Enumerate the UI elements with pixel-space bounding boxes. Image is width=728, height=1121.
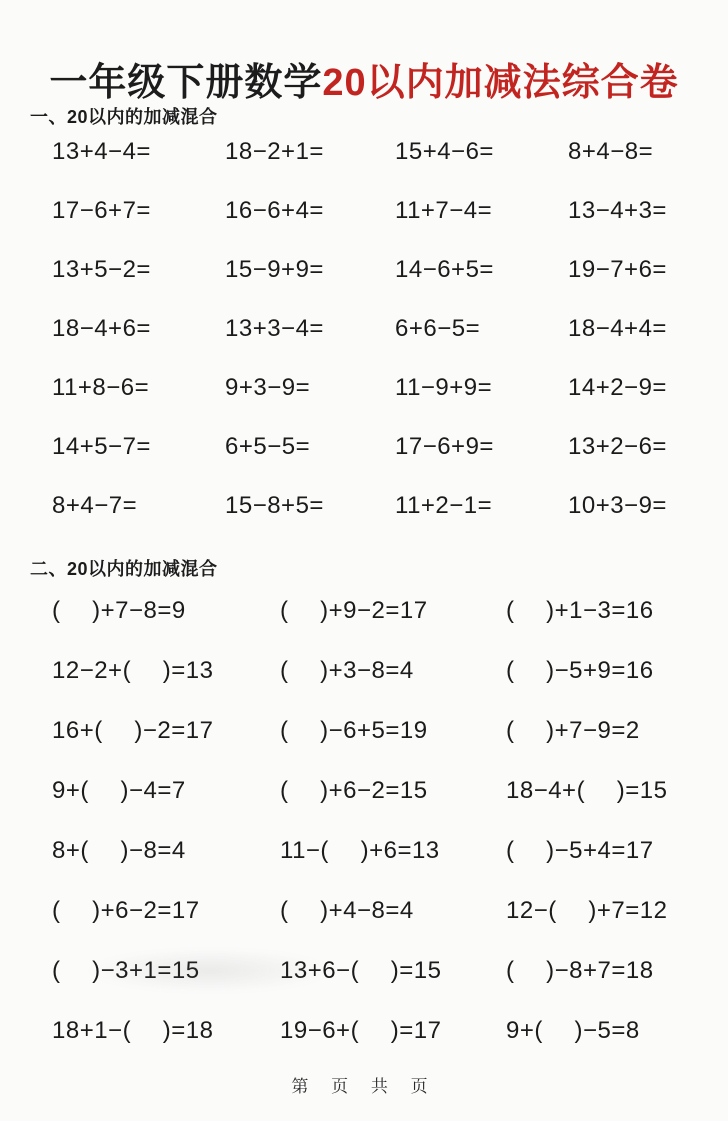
math-problem: ( )−6+5=19 (280, 710, 506, 770)
math-problem: 17−6+9= (395, 433, 568, 492)
section-2: 二、20以内的加减混合( )+7−8=9( )+9−2=17( )+1−3=16… (0, 555, 728, 1070)
math-problem: ( )−3+1=15 (52, 950, 280, 1010)
math-problem: 11+8−6= (52, 374, 225, 433)
math-problem: 8+4−7= (52, 492, 225, 551)
worksheet-page: 一年级下册数学20以内加减法综合卷 一、20以内的加减混合13+4−4=18−2… (0, 0, 728, 1121)
math-problem: 16−6+4= (225, 197, 395, 256)
math-problem: ( )+4−8=4 (280, 890, 506, 950)
math-problem: 10+3−9= (568, 492, 728, 551)
math-problem: ( )+6−2=15 (280, 770, 506, 830)
math-problem: 13+3−4= (225, 315, 395, 374)
math-problem: 11−9+9= (395, 374, 568, 433)
math-problem: ( )+9−2=17 (280, 590, 506, 650)
section-heading: 二、20以内的加减混合 (30, 555, 728, 581)
math-problem: 9+( )−5=8 (506, 1010, 728, 1070)
math-problem: 15+4−6= (395, 138, 568, 197)
math-problem: 14+5−7= (52, 433, 225, 492)
math-problem: 9+( )−4=7 (52, 770, 280, 830)
math-problem: 12−2+( )=13 (52, 650, 280, 710)
math-problem: 8+( )−8=4 (52, 830, 280, 890)
math-problem: 13+2−6= (568, 433, 728, 492)
math-problem: ( )−5+4=17 (506, 830, 728, 890)
problem-grid: ( )+7−8=9( )+9−2=17( )+1−3=1612−2+( )=13… (52, 590, 728, 1070)
math-problem: 8+4−8= (568, 138, 728, 197)
section-heading: 一、20以内的加减混合 (30, 103, 728, 129)
math-problem: 13+6−( )=15 (280, 950, 506, 1010)
math-problem: 16+( )−2=17 (52, 710, 280, 770)
math-problem: 9+3−9= (225, 374, 395, 433)
math-problem: ( )−5+9=16 (506, 650, 728, 710)
math-problem: 14−6+5= (395, 256, 568, 315)
math-problem: 12−( )+7=12 (506, 890, 728, 950)
math-problem: ( )+3−8=4 (280, 650, 506, 710)
math-problem: 18−4+( )=15 (506, 770, 728, 830)
math-problem: 19−6+( )=17 (280, 1010, 506, 1070)
math-problem: 17−6+7= (52, 197, 225, 256)
math-problem: 18+1−( )=18 (52, 1010, 280, 1070)
math-problem: 18−4+6= (52, 315, 225, 374)
math-problem: 14+2−9= (568, 374, 728, 433)
problem-grid: 13+4−4=18−2+1=15+4−6=8+4−8=17−6+7=16−6+4… (52, 138, 728, 551)
math-problem: 11+7−4= (395, 197, 568, 256)
section-1: 一、20以内的加减混合13+4−4=18−2+1=15+4−6=8+4−8=17… (0, 103, 728, 551)
math-problem: 13−4+3= (568, 197, 728, 256)
math-problem: 13+5−2= (52, 256, 225, 315)
title-red-part: 20以内加减法综合卷 (322, 62, 678, 104)
math-problem: 19−7+6= (568, 256, 728, 315)
math-problem: ( )+1−3=16 (506, 590, 728, 650)
math-problem: 6+6−5= (395, 315, 568, 374)
math-problem: ( )−8+7=18 (506, 950, 728, 1010)
title-black-part: 一年级下册数学 (49, 62, 322, 104)
math-problem: ( )+7−9=2 (506, 710, 728, 770)
math-problem: 18−2+1= (225, 138, 395, 197)
math-problem: 15−8+5= (225, 492, 395, 551)
math-problem: 15−9+9= (225, 256, 395, 315)
math-problem: 18−4+4= (568, 315, 728, 374)
math-problem: ( )+7−8=9 (52, 590, 280, 650)
math-problem: 13+4−4= (52, 138, 225, 197)
math-problem: 11+2−1= (395, 492, 568, 551)
math-problem: 6+5−5= (225, 433, 395, 492)
page-footer: 第 页 共 页 (0, 1072, 728, 1097)
math-problem: ( )+6−2=17 (52, 890, 280, 950)
page-title: 一年级下册数学20以内加减法综合卷 (0, 51, 728, 106)
math-problem: 11−( )+6=13 (280, 830, 506, 890)
